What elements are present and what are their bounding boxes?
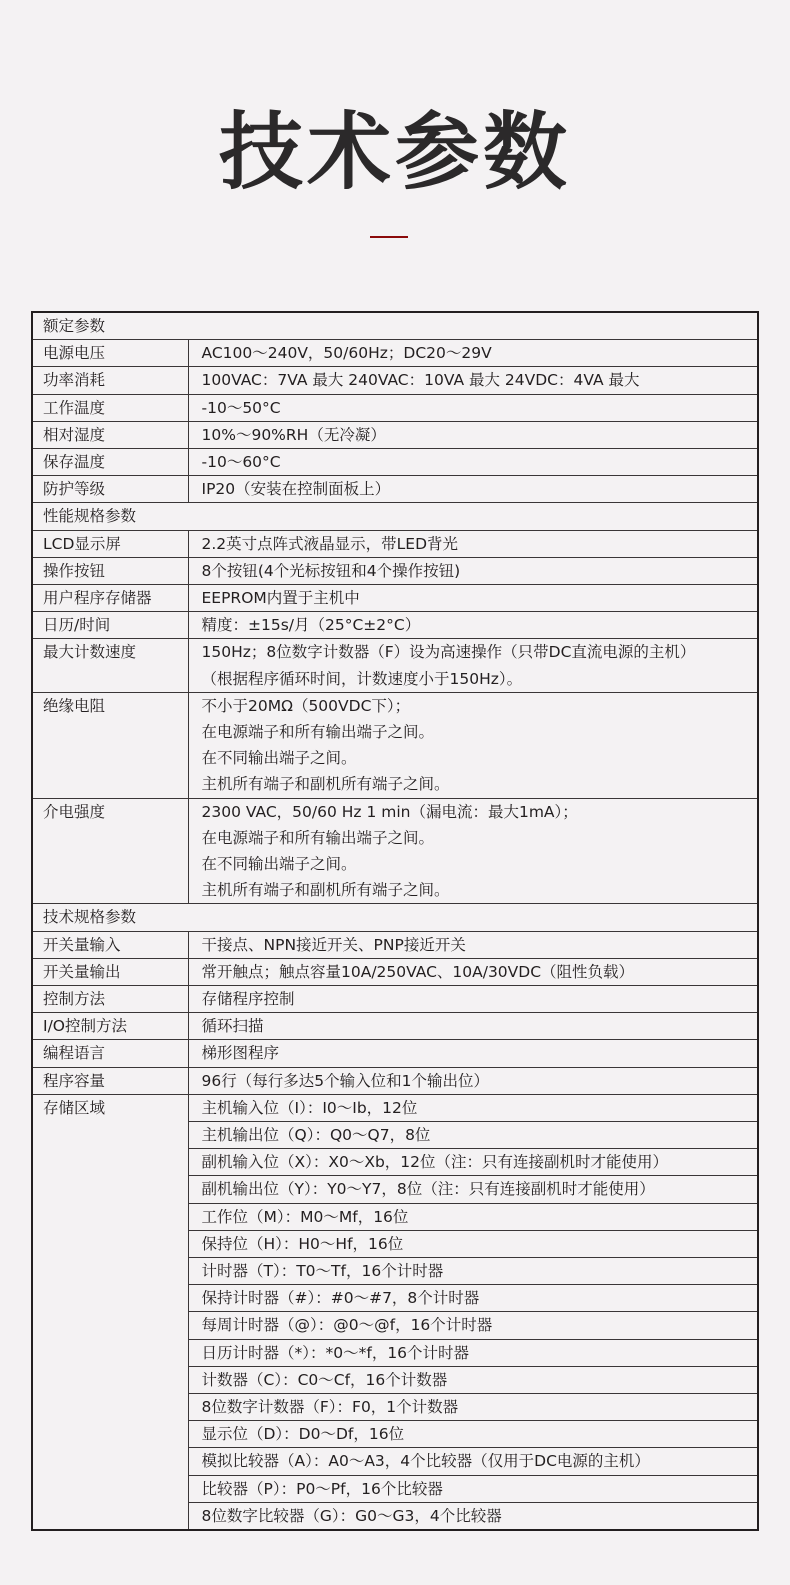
spec-value: -10～60°C	[188, 449, 758, 476]
spec-label: 控制方法	[32, 985, 188, 1012]
storage-item: 比较器（P）：P0～Pf，16个比较器	[188, 1475, 758, 1502]
spec-value-line: 梯形图程序	[202, 1040, 758, 1066]
spec-row: 开关量输出常开触点；触点容量10A/250VAC、10A/30VDC（阻性负载）	[32, 958, 758, 985]
spec-value-line: 不小于20MΩ（500VDC下）；	[202, 693, 758, 719]
spec-value-line: -10～60°C	[202, 449, 758, 475]
spec-value-line: 在不同输出端子之间。	[202, 851, 758, 877]
spec-row: 程序容量96行（每行多达5个输入位和1个输出位）	[32, 1067, 758, 1094]
spec-row: 功率消耗100VAC：7VA 最大 240VAC：10VA 最大 24VDC：4…	[32, 367, 758, 394]
storage-item: 8位数字计数器（F）：F0，1个计数器	[188, 1393, 758, 1420]
spec-value-line: 常开触点；触点容量10A/250VAC、10A/30VDC（阻性负载）	[202, 959, 758, 985]
spec-value: 不小于20MΩ（500VDC下）；在电源端子和所有输出端子之间。在不同输出端子之…	[188, 692, 758, 798]
spec-label: 操作按钮	[32, 557, 188, 584]
spec-label: 日历/时间	[32, 612, 188, 639]
section-title: 性能规格参数	[32, 503, 758, 530]
section-header-row: 技术规格参数	[32, 904, 758, 931]
section-title: 额定参数	[32, 312, 758, 340]
spec-value: 常开触点；触点容量10A/250VAC、10A/30VDC（阻性负载）	[188, 958, 758, 985]
spec-value: 100VAC：7VA 最大 240VAC：10VA 最大 24VDC：4VA 最…	[188, 367, 758, 394]
storage-item: 副机输入位（X）：X0～Xb，12位（注：只有连接副机时才能使用）	[188, 1149, 758, 1176]
spec-row: 绝缘电阻不小于20MΩ（500VDC下）；在电源端子和所有输出端子之间。在不同输…	[32, 692, 758, 798]
spec-value-line: 循环扫描	[202, 1013, 758, 1039]
spec-value: 2300 VAC，50/60 Hz 1 min（漏电流：最大1mA）；在电源端子…	[188, 798, 758, 904]
spec-label: 电源电压	[32, 340, 188, 367]
spec-label: 保存温度	[32, 449, 188, 476]
storage-area-label: 存储区域	[32, 1094, 188, 1530]
spec-value-line: EEPROM内置于主机中	[202, 585, 758, 611]
storage-item: 日历计时器（*）：*0～*f，16个计时器	[188, 1339, 758, 1366]
page-title: 技术参数	[0, 100, 790, 204]
storage-item: 模拟比较器（A）：A0～A3，4个比较器（仅用于DC电源的主机）	[188, 1448, 758, 1475]
spec-value: 存储程序控制	[188, 985, 758, 1012]
spec-value: EEPROM内置于主机中	[188, 585, 758, 612]
spec-table: 额定参数电源电压AC100～240V，50/60Hz；DC20～29V功率消耗1…	[31, 311, 759, 1531]
spec-label: 开关量输出	[32, 958, 188, 985]
storage-item: 计数器（C）：C0～Cf，16个计数器	[188, 1366, 758, 1393]
spec-value-line: 主机所有端子和副机所有端子之间。	[202, 771, 758, 797]
spec-value: 150Hz；8位数字计数器（F）设为高速操作（只带DC直流电源的主机）（根据程序…	[188, 639, 758, 692]
spec-value: 96行（每行多达5个输入位和1个输出位）	[188, 1067, 758, 1094]
spec-label: I/O控制方法	[32, 1013, 188, 1040]
spec-table-body: 额定参数电源电压AC100～240V，50/60Hz；DC20～29V功率消耗1…	[32, 312, 758, 1530]
spec-value-line: （根据程序循环时间，计数速度小于150Hz）。	[202, 666, 758, 692]
spec-value: IP20（安装在控制面板上）	[188, 476, 758, 503]
spec-label: 程序容量	[32, 1067, 188, 1094]
spec-row: LCD显示屏2.2英寸点阵式液晶显示，带LED背光	[32, 530, 758, 557]
storage-item: 副机输出位（Y）：Y0～Y7，8位（注：只有连接副机时才能使用）	[188, 1176, 758, 1203]
spec-value-line: 10%～90%RH（无冷凝）	[202, 422, 758, 448]
spec-row: 防护等级IP20（安装在控制面板上）	[32, 476, 758, 503]
storage-item: 每周计时器（@）：@0～@f，16个计时器	[188, 1312, 758, 1339]
spec-value: 精度：±15s/月（25°C±2°C）	[188, 612, 758, 639]
storage-item: 8位数字比较器（G）：G0～G3，4个比较器	[188, 1502, 758, 1530]
spec-value: -10～50°C	[188, 394, 758, 421]
storage-item: 保持计时器（#）：#0～#7，8个计时器	[188, 1285, 758, 1312]
spec-label: 功率消耗	[32, 367, 188, 394]
spec-label: 绝缘电阻	[32, 692, 188, 798]
title-accent-divider	[370, 236, 408, 238]
spec-value: 干接点、NPN接近开关、PNP接近开关	[188, 931, 758, 958]
spec-row: 介电强度2300 VAC，50/60 Hz 1 min（漏电流：最大1mA）；在…	[32, 798, 758, 904]
storage-item: 主机输出位（Q）：Q0～Q7，8位	[188, 1121, 758, 1148]
spec-value: AC100～240V，50/60Hz；DC20～29V	[188, 340, 758, 367]
spec-row: 相对湿度10%～90%RH（无冷凝）	[32, 421, 758, 448]
spec-value-line: 150Hz；8位数字计数器（F）设为高速操作（只带DC直流电源的主机）	[202, 639, 758, 665]
spec-value-line: AC100～240V，50/60Hz；DC20～29V	[202, 340, 758, 366]
spec-value-line: 干接点、NPN接近开关、PNP接近开关	[202, 932, 758, 958]
spec-value-line: 2.2英寸点阵式液晶显示，带LED背光	[202, 531, 758, 557]
spec-row: 操作按钮8个按钮(4个光标按钮和4个操作按钮)	[32, 557, 758, 584]
spec-label: 防护等级	[32, 476, 188, 503]
spec-row: 保存温度-10～60°C	[32, 449, 758, 476]
section-title: 技术规格参数	[32, 904, 758, 931]
spec-row: 控制方法存储程序控制	[32, 985, 758, 1012]
spec-value-line: 在电源端子和所有输出端子之间。	[202, 825, 758, 851]
storage-row: 存储区域主机输入位（I）：I0～Ib，12位	[32, 1094, 758, 1121]
spec-value: 梯形图程序	[188, 1040, 758, 1067]
spec-label: 开关量输入	[32, 931, 188, 958]
spec-value-line: 在不同输出端子之间。	[202, 745, 758, 771]
spec-row: 编程语言梯形图程序	[32, 1040, 758, 1067]
spec-row: 开关量输入干接点、NPN接近开关、PNP接近开关	[32, 931, 758, 958]
spec-label: 最大计数速度	[32, 639, 188, 692]
spec-row: 电源电压AC100～240V，50/60Hz；DC20～29V	[32, 340, 758, 367]
spec-value-line: 100VAC：7VA 最大 240VAC：10VA 最大 24VDC：4VA 最…	[202, 367, 758, 393]
storage-item: 工作位（M）：M0～Mf，16位	[188, 1203, 758, 1230]
spec-row: 用户程序存储器EEPROM内置于主机中	[32, 585, 758, 612]
spec-row: I/O控制方法循环扫描	[32, 1013, 758, 1040]
spec-label: LCD显示屏	[32, 530, 188, 557]
spec-value-line: 8个按钮(4个光标按钮和4个操作按钮)	[202, 558, 758, 584]
storage-item: 主机输入位（I）：I0～Ib，12位	[188, 1094, 758, 1121]
spec-value: 2.2英寸点阵式液晶显示，带LED背光	[188, 530, 758, 557]
spec-value-line: IP20（安装在控制面板上）	[202, 476, 758, 502]
spec-value-line: -10～50°C	[202, 395, 758, 421]
storage-item: 保持位（H）：H0～Hf，16位	[188, 1230, 758, 1257]
spec-value: 10%～90%RH（无冷凝）	[188, 421, 758, 448]
spec-label: 编程语言	[32, 1040, 188, 1067]
spec-label: 介电强度	[32, 798, 188, 904]
storage-item: 计时器（T）：T0～Tf，16个计时器	[188, 1257, 758, 1284]
spec-value-line: 存储程序控制	[202, 986, 758, 1012]
spec-value-line: 在电源端子和所有输出端子之间。	[202, 719, 758, 745]
spec-value: 循环扫描	[188, 1013, 758, 1040]
spec-row: 工作温度-10～50°C	[32, 394, 758, 421]
section-header-row: 额定参数	[32, 312, 758, 340]
storage-item: 显示位（D）：D0～Df，16位	[188, 1421, 758, 1448]
spec-row: 最大计数速度150Hz；8位数字计数器（F）设为高速操作（只带DC直流电源的主机…	[32, 639, 758, 692]
spec-value-line: 精度：±15s/月（25°C±2°C）	[202, 612, 758, 638]
spec-row: 日历/时间精度：±15s/月（25°C±2°C）	[32, 612, 758, 639]
spec-value-line: 2300 VAC，50/60 Hz 1 min（漏电流：最大1mA）；	[202, 799, 758, 825]
spec-value-line: 96行（每行多达5个输入位和1个输出位）	[202, 1068, 758, 1094]
spec-label: 相对湿度	[32, 421, 188, 448]
spec-value: 8个按钮(4个光标按钮和4个操作按钮)	[188, 557, 758, 584]
spec-value-line: 主机所有端子和副机所有端子之间。	[202, 877, 758, 903]
spec-label: 工作温度	[32, 394, 188, 421]
section-header-row: 性能规格参数	[32, 503, 758, 530]
spec-label: 用户程序存储器	[32, 585, 188, 612]
